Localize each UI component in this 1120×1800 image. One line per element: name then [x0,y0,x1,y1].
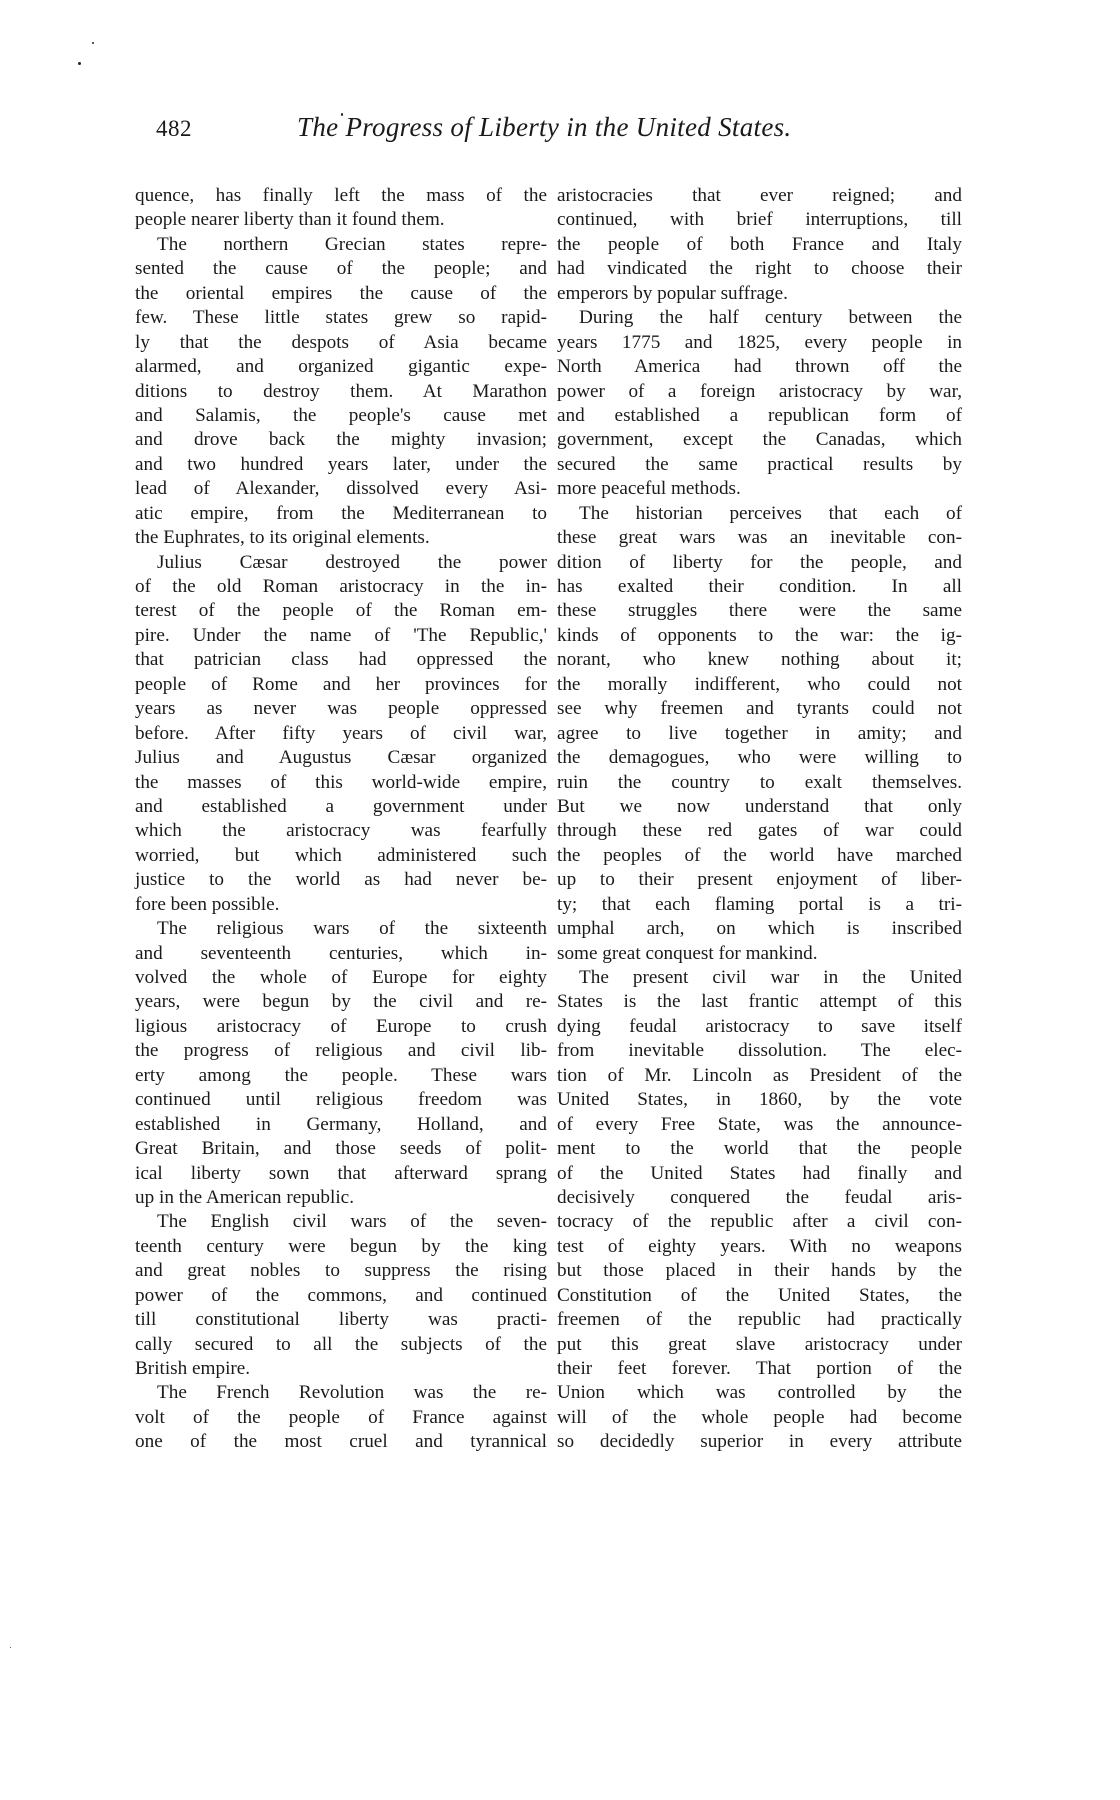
text-line: erty among the people. These wars [135,1064,547,1088]
scan-speck [10,1647,11,1648]
text-line: power of a foreign aristocracy by war, [557,380,962,404]
text-line: and established a government under [135,795,547,819]
text-line: put this great slave aristocracy under [557,1333,962,1357]
text-line: had vindicated the right to choose their [557,257,962,281]
text-line: will of the whole people had become [557,1406,962,1430]
text-line: terest of the people of the Roman em- [135,599,547,623]
text-line: of the United States had finally and [557,1162,962,1186]
text-line: ruin the country to exalt themselves. [557,771,962,795]
text-line: the masses of this world-wide empire, [135,771,547,795]
text-line: Union which was controlled by the [557,1381,962,1405]
text-line: up to their present enjoyment of liber- [557,868,962,892]
text-line: continued until religious freedom was [135,1088,547,1112]
text-line: The French Revolution was the re- [135,1381,547,1405]
text-line: people nearer liberty than it found them… [135,208,547,232]
text-line: justice to the world as had never be- [135,868,547,892]
text-line: the people of both France and Italy [557,233,962,257]
text-line: dying feudal aristocracy to save itself [557,1015,962,1039]
text-line: dition of liberty for the people, and [557,551,962,575]
text-line: United States, in 1860, by the vote [557,1088,962,1112]
text-line: some great conquest for mankind. [557,942,962,966]
text-column-left: quence, has finally left the mass of the… [135,184,547,1455]
text-line: but those placed in their hands by the [557,1259,962,1283]
text-line: ment to the world that the people [557,1137,962,1161]
text-line: and drove back the mighty invasion; [135,428,547,452]
text-line: these struggles there were the same [557,599,962,623]
text-line: alarmed, and organized gigantic expe- [135,355,547,379]
text-line: the progress of religious and civil lib- [135,1039,547,1063]
text-line: teenth century were begun by the king [135,1235,547,1259]
text-line: years 1775 and 1825, every people in [557,331,962,355]
page-header: 482 The Progress of Liberty in the Unite… [156,112,976,152]
text-line: freemen of the republic had practically [557,1308,962,1332]
text-line: The religious wars of the sixteenth [135,917,547,941]
text-line: up in the American republic. [135,1186,547,1210]
text-line: worried, but which administered such [135,844,547,868]
text-line: agree to live together in amity; and [557,722,962,746]
text-line: these great wars was an inevitable con- [557,526,962,550]
text-line: the morally indifferent, who could not [557,673,962,697]
text-line: quence, has finally left the mass of the [135,184,547,208]
text-line: and Salamis, the people's cause met [135,404,547,428]
text-line: ly that the despots of Asia became [135,331,547,355]
text-line: But we now understand that only [557,795,962,819]
text-line: secured the same practical results by [557,453,962,477]
text-line: The northern Grecian states repre- [135,233,547,257]
text-line: the demagogues, who were willing to [557,746,962,770]
text-line: years as never was people oppressed [135,697,547,721]
text-line: years, were begun by the civil and re- [135,990,547,1014]
text-line: North America had thrown off the [557,355,962,379]
text-line: cally secured to all the subjects of the [135,1333,547,1357]
text-line: Julius and Augustus Cæsar organized [135,746,547,770]
text-line: pire. Under the name of 'The Republic,' [135,624,547,648]
text-line: tion of Mr. Lincoln as President of the [557,1064,962,1088]
text-line: power of the commons, and continued [135,1284,547,1308]
text-line: and seventeenth centuries, which in- [135,942,547,966]
text-line: The historian perceives that each of [557,502,962,526]
text-line: which the aristocracy was fearfully [135,819,547,843]
text-line: one of the most cruel and tyrannical [135,1430,547,1454]
scan-speck [78,62,81,65]
text-line: umphal arch, on which is inscribed [557,917,962,941]
page-number: 482 [156,116,192,142]
text-line: till constitutional liberty was practi- [135,1308,547,1332]
text-line: the oriental empires the cause of the [135,282,547,306]
scan-speck [92,42,94,44]
text-line: The present civil war in the United [557,966,962,990]
text-line: ligious aristocracy of Europe to crush [135,1015,547,1039]
text-line: ditions to destroy them. At Marathon [135,380,547,404]
text-line: has exalted their condition. In all [557,575,962,599]
text-line: continued, with brief interruptions, til… [557,208,962,232]
text-line: that patrician class had oppressed the [135,648,547,672]
text-line: from inevitable dissolution. The elec- [557,1039,962,1063]
text-line: few. These little states grew so rapid- [135,306,547,330]
text-line: sented the cause of the people; and [135,257,547,281]
text-line: During the half century between the [557,306,962,330]
text-line: people of Rome and her provinces for [135,673,547,697]
text-line: more peaceful methods. [557,477,962,501]
text-line: the peoples of the world have marched [557,844,962,868]
text-line: tocracy of the republic after a civil co… [557,1210,962,1234]
text-line: The English civil wars of the seven- [135,1210,547,1234]
text-line: fore been possible. [135,893,547,917]
text-line: through these red gates of war could [557,819,962,843]
text-line: before. After fifty years of civil war, [135,722,547,746]
text-line: and great nobles to suppress the rising [135,1259,547,1283]
text-line: lead of Alexander, dissolved every Asi- [135,477,547,501]
text-line: test of eighty years. With no weapons [557,1235,962,1259]
text-line: the Euphrates, to its original elements. [135,526,547,550]
text-line: kinds of opponents to the war: the ig- [557,624,962,648]
text-line: Constitution of the United States, the [557,1284,962,1308]
text-line: so decidedly superior in every attribute [557,1430,962,1454]
text-line: and established a republican form of [557,404,962,428]
text-line: their feet forever. That portion of the [557,1357,962,1381]
text-line: Julius Cæsar destroyed the power [135,551,547,575]
text-line: aristocracies that ever reigned; and [557,184,962,208]
text-line: Great Britain, and those seeds of polit- [135,1137,547,1161]
text-line: ical liberty sown that afterward sprang [135,1162,547,1186]
running-title: The Progress of Liberty in the United St… [297,112,791,143]
text-line: of every Free State, was the announce- [557,1113,962,1137]
text-line: decisively conquered the feudal aris- [557,1186,962,1210]
text-line: established in Germany, Holland, and [135,1113,547,1137]
text-line: see why freemen and tyrants could not [557,697,962,721]
text-line: British empire. [135,1357,547,1381]
text-line: and two hundred years later, under the [135,453,547,477]
text-line: of the old Roman aristocracy in the in- [135,575,547,599]
text-line: ty; that each flaming portal is a tri- [557,893,962,917]
text-line: emperors by popular suffrage. [557,282,962,306]
text-line: atic empire, from the Mediterranean to [135,502,547,526]
text-line: norant, who knew nothing about it; [557,648,962,672]
text-column-right: aristocracies that ever reigned; andcont… [557,184,962,1455]
text-line: volt of the people of France against [135,1406,547,1430]
text-line: government, except the Canadas, which [557,428,962,452]
text-line: States is the last frantic attempt of th… [557,990,962,1014]
text-line: volved the whole of Europe for eighty [135,966,547,990]
